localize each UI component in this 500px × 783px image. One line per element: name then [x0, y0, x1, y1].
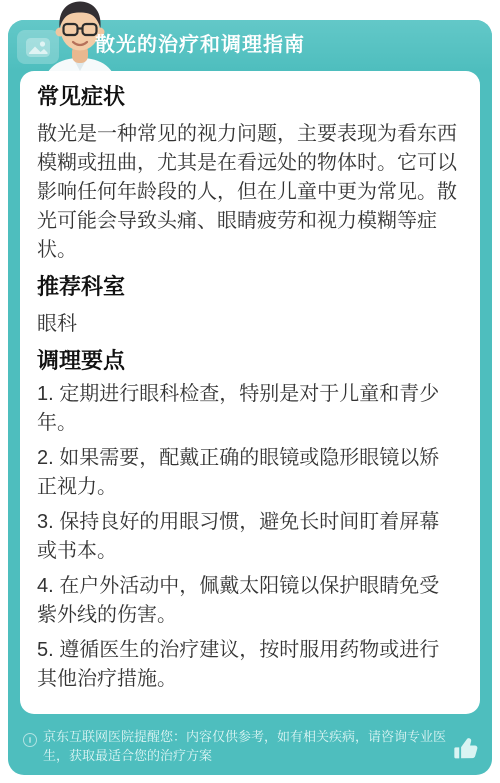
card-header: 散光的治疗和调理指南: [8, 20, 492, 71]
disclaimer-text: 京东互联网医院提醒您：内容仅供参考，如有相关疾病，请咨询专业医生，获取最适合您的…: [43, 727, 452, 765]
symptoms-heading: 常见症状: [37, 83, 458, 110]
disclaimer-footer: 京东互联网医院提醒您：内容仅供参考，如有相关疾病，请咨询专业医生，获取最适合您的…: [8, 714, 492, 775]
care-heading: 调理要点: [37, 347, 458, 374]
guide-content: 常见症状 散光是一种常见的视力问题，主要表现为看东西模糊或扭曲，尤其是在看远处的…: [20, 71, 480, 714]
page-title: 散光的治疗和调理指南: [95, 20, 305, 71]
department-heading: 推荐科室: [37, 273, 458, 300]
care-point: 5. 遵循医生的治疗建议，按时服用药物或进行其他治疗措施。: [37, 636, 458, 694]
symptoms-text: 散光是一种常见的视力问题，主要表现为看东西模糊或扭曲，尤其是在看远处的物体时。它…: [37, 120, 458, 265]
care-point: 1. 定期进行眼科检查，特别是对于儿童和青少年。: [37, 380, 458, 438]
care-point: 4. 在户外活动中，佩戴太阳镜以保护眼睛免受紫外线的伤害。: [37, 572, 458, 630]
guide-card: 散光的治疗和调理指南 常见症状 散光是一种常见的视力问题，主要表现为看东西模糊或…: [8, 20, 492, 775]
care-point: 3. 保持良好的用眼习惯，避免长时间盯着屏幕或书本。: [37, 508, 458, 566]
thumbs-up-icon[interactable]: [452, 735, 480, 763]
info-circle-icon: [23, 733, 37, 747]
department-value: 眼科: [37, 310, 458, 339]
care-point: 2. 如果需要，配戴正确的眼镜或隐形眼镜以矫正视力。: [37, 444, 458, 502]
